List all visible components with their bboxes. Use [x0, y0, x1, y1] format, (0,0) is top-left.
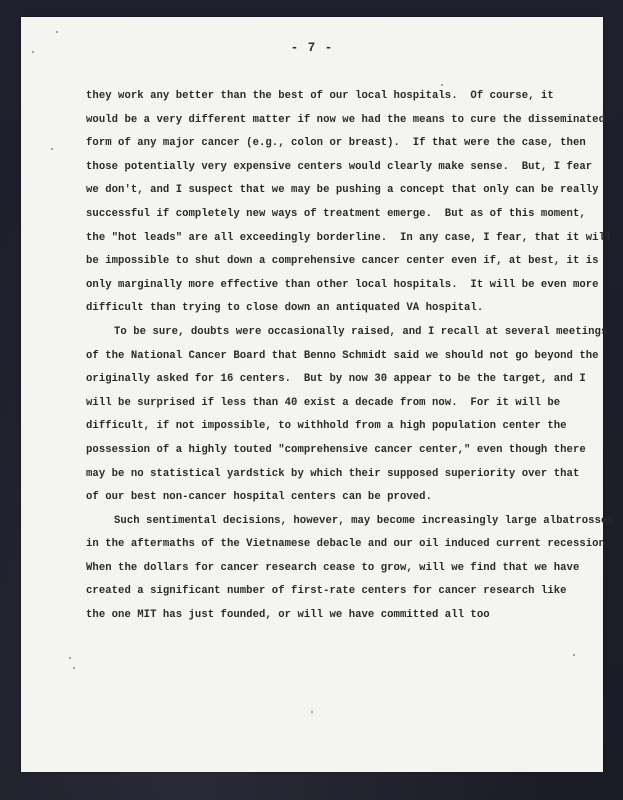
page-number: - 7 -	[21, 41, 603, 55]
text-line: of the National Cancer Board that Benno …	[86, 345, 596, 369]
text-line: in the aftermaths of the Vietnamese deba…	[86, 533, 596, 557]
scan-speck	[32, 51, 34, 53]
scan-speck	[73, 667, 75, 669]
scan-speck	[441, 84, 443, 86]
scan-speck	[69, 657, 71, 659]
text-line: be impossible to shut down a comprehensi…	[86, 250, 596, 274]
text-line: successful if completely new ways of tre…	[86, 203, 596, 227]
text-line: they work any better than the best of ou…	[86, 85, 596, 109]
text-line: originally asked for 16 centers. But by …	[86, 368, 596, 392]
text-line: possession of a highly touted "comprehen…	[86, 439, 596, 463]
text-line: form of any major cancer (e.g., colon or…	[86, 132, 596, 156]
text-line: would be a very different matter if now …	[86, 109, 596, 133]
scan-speck	[51, 148, 53, 150]
text-line: the "hot leads" are all exceedingly bord…	[86, 227, 596, 251]
text-line: only marginally more effective than othe…	[86, 274, 596, 298]
text-line: we don't, and I suspect that we may be p…	[86, 179, 596, 203]
text-line: difficult than trying to close down an a…	[86, 297, 596, 321]
scan-speck	[573, 654, 575, 656]
scan-speck	[56, 31, 58, 33]
text-line: created a significant number of first-ra…	[86, 580, 596, 604]
document-body: they work any better than the best of ou…	[86, 85, 596, 628]
paragraph-first-line: To be sure, doubts were occasionally rai…	[86, 321, 596, 345]
text-line: of our best non-cancer hospital centers …	[86, 486, 596, 510]
document-page: - 7 - they work any better than the best…	[21, 17, 603, 772]
text-line: difficult, if not impossible, to withhol…	[86, 415, 596, 439]
paragraph-first-line: Such sentimental decisions, however, may…	[86, 510, 596, 534]
scan-speck	[311, 711, 313, 713]
text-line: will be surprised if less than 40 exist …	[86, 392, 596, 416]
text-line: the one MIT has just founded, or will we…	[86, 604, 596, 628]
text-line: those potentially very expensive centers…	[86, 156, 596, 180]
text-line: When the dollars for cancer research cea…	[86, 557, 596, 581]
text-line: may be no statistical yardstick by which…	[86, 463, 596, 487]
